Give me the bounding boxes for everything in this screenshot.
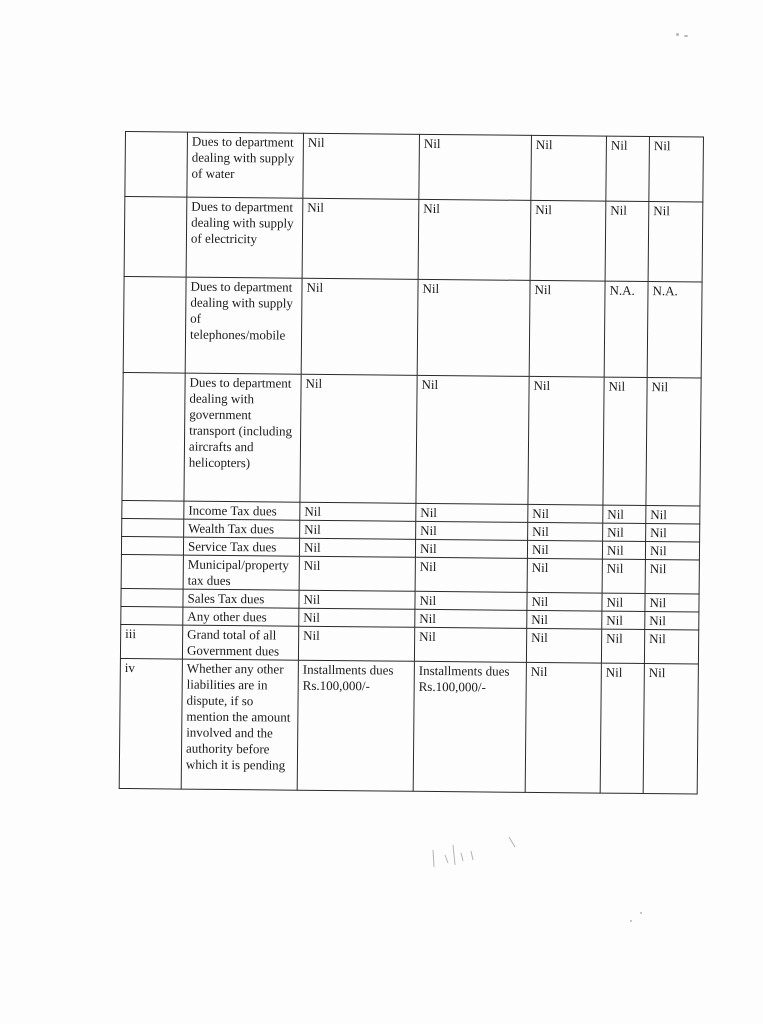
row-description: Dues to department dealing with supply o… xyxy=(185,277,302,374)
value-cell: Nil xyxy=(603,523,646,541)
value-cell: Nil xyxy=(605,201,649,281)
value-cell: Installments dues Rs.100,000/- xyxy=(297,660,414,791)
scan-speck xyxy=(640,912,642,914)
scan-speck xyxy=(676,33,679,36)
row-index xyxy=(124,197,187,278)
scan-speck xyxy=(630,920,632,922)
row-description: Municipal/property tax dues xyxy=(183,555,299,590)
row-index: iv xyxy=(119,658,182,789)
value-cell: Nil xyxy=(300,502,416,521)
value-cell: Nil xyxy=(645,612,699,631)
dues-table-wrapper: Dues to department dealing with supply o… xyxy=(119,131,704,795)
value-cell: Nil xyxy=(414,627,526,662)
value-cell: Nil xyxy=(529,280,605,377)
value-cell: Nil xyxy=(303,133,420,199)
table-row: Municipal/property tax dues Nil Nil Nil … xyxy=(121,554,699,594)
value-cell: Nil xyxy=(602,559,645,593)
value-cell: Nil xyxy=(646,524,700,543)
value-cell: Nil xyxy=(649,137,704,203)
value-cell: Nil xyxy=(528,376,604,505)
value-cell: Nil xyxy=(645,542,699,561)
value-cell: Nil xyxy=(600,663,644,793)
value-cell: Nil xyxy=(602,541,645,559)
value-cell: Nil xyxy=(419,134,532,200)
value-cell: Nil xyxy=(646,378,701,507)
row-description: Sales Tax dues xyxy=(183,589,299,608)
row-description: Whether any other liabilities are in dis… xyxy=(181,659,298,790)
value-cell: Nil xyxy=(527,540,602,559)
value-cell: Nil xyxy=(416,375,529,504)
row-description: Service Tax dues xyxy=(183,537,299,556)
value-cell: Nil xyxy=(299,556,415,591)
value-cell: Nil xyxy=(602,593,645,611)
row-description: Income Tax dues xyxy=(184,501,300,520)
row-index xyxy=(122,500,184,519)
value-cell: N.A. xyxy=(604,281,648,377)
row-index xyxy=(122,372,185,501)
value-cell: Nil xyxy=(418,199,531,280)
table-row: iv Whether any other liabilities are in … xyxy=(119,658,698,794)
row-index xyxy=(123,276,186,373)
value-cell: Nil xyxy=(602,611,645,629)
value-cell: Nil xyxy=(601,629,644,663)
government-dues-table: Dues to department dealing with supply o… xyxy=(119,131,704,795)
row-index: iii xyxy=(120,624,182,659)
value-cell: Nil xyxy=(415,609,527,628)
value-cell: Nil xyxy=(299,590,415,609)
row-index xyxy=(121,588,183,607)
value-cell: Nil xyxy=(298,626,414,661)
value-cell: N.A. xyxy=(647,282,702,379)
table-row: Dues to department dealing with governme… xyxy=(122,372,701,506)
value-cell: Nil xyxy=(415,591,527,610)
value-cell: Nil xyxy=(528,522,603,541)
row-description: Grand total of all Government dues xyxy=(182,625,298,660)
value-cell: Nil xyxy=(527,592,602,611)
row-index xyxy=(121,606,183,625)
value-cell: Nil xyxy=(603,377,647,505)
value-cell: Nil xyxy=(644,630,698,665)
value-cell: Nil xyxy=(300,374,417,503)
value-cell: Nil xyxy=(606,136,650,201)
row-index xyxy=(122,518,184,537)
value-cell: Nil xyxy=(526,628,601,663)
row-description: Wealth Tax dues xyxy=(184,519,300,538)
value-cell: Installments dues Rs.100,000/- xyxy=(413,661,526,792)
row-index xyxy=(121,536,183,555)
value-cell: Nil xyxy=(645,560,699,595)
row-description: Any other dues xyxy=(183,607,299,626)
row-index xyxy=(125,132,188,198)
table-row: iii Grand total of all Government dues N… xyxy=(120,624,698,664)
value-cell: Nil xyxy=(415,557,527,592)
value-cell: Nil xyxy=(299,608,415,627)
value-cell: Nil xyxy=(643,664,698,795)
table-row: Dues to department dealing with supply o… xyxy=(125,132,704,203)
value-cell: Nil xyxy=(648,202,703,283)
value-cell: Nil xyxy=(527,558,602,593)
scan-speck xyxy=(684,35,688,37)
value-cell: Nil xyxy=(301,278,418,375)
value-cell: Nil xyxy=(299,538,415,557)
row-description: Dues to department dealing with supply o… xyxy=(187,132,304,198)
row-index xyxy=(121,554,183,589)
value-cell: Nil xyxy=(417,279,530,376)
table-row: Dues to department dealing with supply o… xyxy=(123,276,702,378)
value-cell: Nil xyxy=(603,505,646,523)
value-cell: Nil xyxy=(300,520,416,539)
value-cell: Nil xyxy=(646,506,700,525)
table-row: Dues to department dealing with supply o… xyxy=(124,197,703,283)
value-cell: Nil xyxy=(645,594,699,613)
row-description: Dues to department dealing with governme… xyxy=(184,373,301,502)
scanned-page: Dues to department dealing with supply o… xyxy=(0,0,763,1024)
value-cell: Nil xyxy=(415,539,527,558)
faint-signature-mark xyxy=(395,815,555,895)
value-cell: Nil xyxy=(525,662,601,793)
value-cell: Nil xyxy=(416,503,528,522)
value-cell: Nil xyxy=(302,198,419,279)
value-cell: Nil xyxy=(530,200,606,281)
row-description: Dues to department dealing with supply o… xyxy=(186,197,303,278)
value-cell: Nil xyxy=(527,610,602,629)
value-cell: Nil xyxy=(528,504,603,523)
value-cell: Nil xyxy=(416,521,528,540)
value-cell: Nil xyxy=(531,135,607,201)
